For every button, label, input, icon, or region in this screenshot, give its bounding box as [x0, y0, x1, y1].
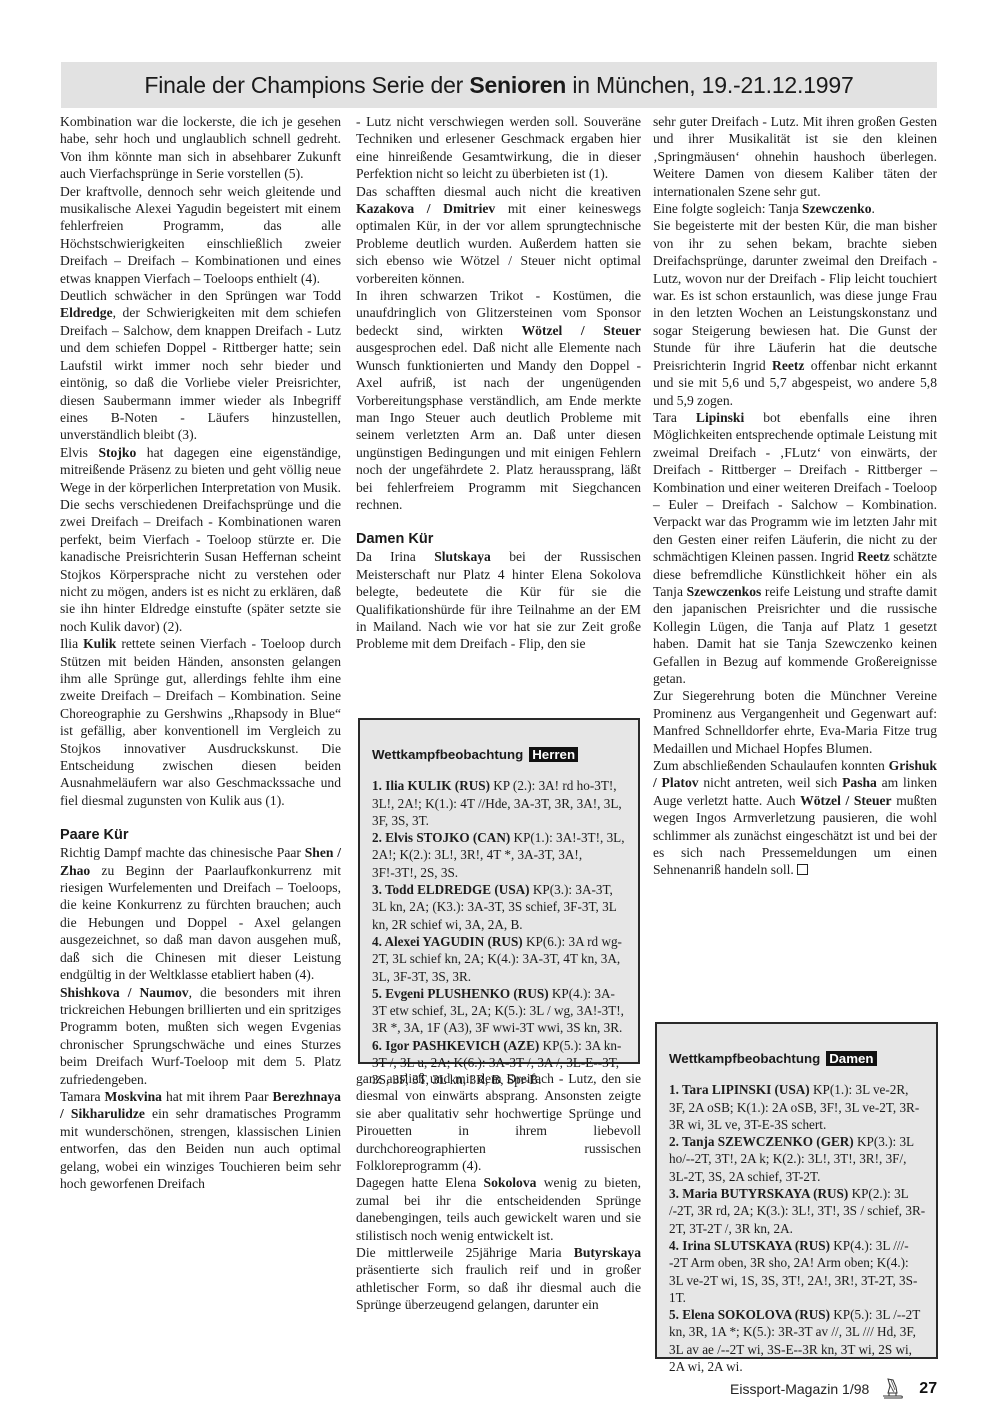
result-entry: 2. Tanja SZEWCZENKO (GER) KP(3.): 3L ho/… [669, 1133, 926, 1185]
article-column-2-continued: ganz ausließ und mit dem Dreifach - Lutz… [356, 1070, 641, 1314]
results-box-heading: WettkampfbeobachtungDamen [669, 1050, 926, 1067]
result-entry: 3. Maria BUTYRSKAYA (RUS) KP(2.): 3L /-2… [669, 1185, 926, 1237]
result-entry: 4. Alexei YAGUDIN (RUS) KP(6.): 3A rd wg… [372, 933, 628, 985]
end-of-article-icon [797, 864, 808, 875]
result-entry: 4. Irina SLUTSKAYA (RUS) KP(4.): 3L ///-… [669, 1237, 926, 1306]
page-footer: Eissport-Magazin 1/98 27 [730, 1378, 960, 1400]
paragraph: Zur Siegerehrung boten die Münchner Vere… [653, 687, 937, 757]
paragraph: Zum abschließenden Schaulaufen konnten G… [653, 757, 937, 879]
article-column-1: Kombination war die lockerste, die ich j… [60, 113, 341, 1192]
category-tag: Herren [529, 747, 578, 762]
page-title: Finale der Champions Serie der Senioren … [144, 72, 853, 99]
paragraph: sehr guter Dreifach - Lutz. Mit ihren gr… [653, 113, 937, 200]
result-entry: 3. Todd ELDREDGE (USA) KP(3.): 3A-3T, 3L… [372, 881, 628, 933]
result-entry: 5. Elena SOKOLOVA (RUS) KP(5.): 3L /--2T… [669, 1306, 926, 1375]
result-entry: 1. Tara LIPINSKI (USA) KP(1.): 3L ve-2R,… [669, 1081, 926, 1133]
result-entry: 1. Ilia KULIK (RUS) KP (2.): 3A! rd ho-3… [372, 777, 628, 829]
paragraph: Tara Lipinski bot ebenfalls eine ihren M… [653, 409, 937, 688]
paragraph: Eine folgte sogleich: Tanja Szewczenko. [653, 200, 937, 217]
section-heading-ladies: Damen Kür [356, 530, 641, 548]
results-box-men: WettkampfbeobachtungHerren 1. Ilia KULIK… [358, 718, 640, 1064]
result-entry: 2. Elvis STOJKO (CAN) KP(1.): 3A!-3T!, 3… [372, 829, 628, 881]
results-box-heading: WettkampfbeobachtungHerren [372, 746, 628, 763]
paragraph: Der kraftvolle, dennoch sehr weich gleit… [60, 183, 341, 287]
paragraph: Tamara Moskvina hat mit ihrem Paar Berez… [60, 1088, 341, 1192]
skate-icon [879, 1377, 905, 1401]
page-number: 27 [919, 1380, 937, 1398]
paragraph: Die mittlerweile 25jährige Maria Butyrsk… [356, 1244, 641, 1314]
section-heading-pairs: Paare Kür [60, 826, 341, 844]
paragraph: Da Irina Slutskaya bei der Russischen Me… [356, 548, 641, 652]
paragraph: - Lutz nicht verschwiegen werden soll. S… [356, 113, 641, 183]
magazine-name: Eissport-Magazin 1/98 [730, 1381, 869, 1397]
result-entry: 5. Evgeni PLUSHENKO (RUS) KP(4.): 3A-3T … [372, 985, 628, 1037]
paragraph: In ihren schwarzen Trikot - Kostümen, di… [356, 287, 641, 513]
paragraph: Sie begeisterte mit der besten Kür, die … [653, 217, 937, 408]
paragraph: Ilia Kulik rettete seinen Vierfach - Toe… [60, 635, 341, 809]
paragraph: ganz ausließ und mit dem Dreifach - Lutz… [356, 1070, 641, 1174]
paragraph: Dagegen hatte Elena Sokolova wenig zu bi… [356, 1174, 641, 1244]
paragraph: Kombination war die lockerste, die ich j… [60, 113, 341, 183]
paragraph: Deutlich schwächer in den Sprüngen war T… [60, 287, 341, 444]
paragraph: Elvis Stojko hat dagegen eine eigenständ… [60, 444, 341, 635]
article-column-3: sehr guter Dreifach - Lutz. Mit ihren gr… [653, 113, 937, 879]
paragraph: Richtig Dampf machte das chinesische Paa… [60, 844, 341, 983]
paragraph: Das schafften diesmal auch nicht die kre… [356, 183, 641, 287]
category-tag: Damen [826, 1051, 876, 1066]
paragraph: Shishkova / Naumov, die besonders mit ih… [60, 984, 341, 1088]
page-title-bar: Finale der Champions Serie der Senioren … [61, 62, 937, 108]
article-column-2: - Lutz nicht verschwiegen werden soll. S… [356, 113, 641, 653]
results-box-women: WettkampfbeobachtungDamen 1. Tara LIPINS… [655, 1022, 938, 1359]
